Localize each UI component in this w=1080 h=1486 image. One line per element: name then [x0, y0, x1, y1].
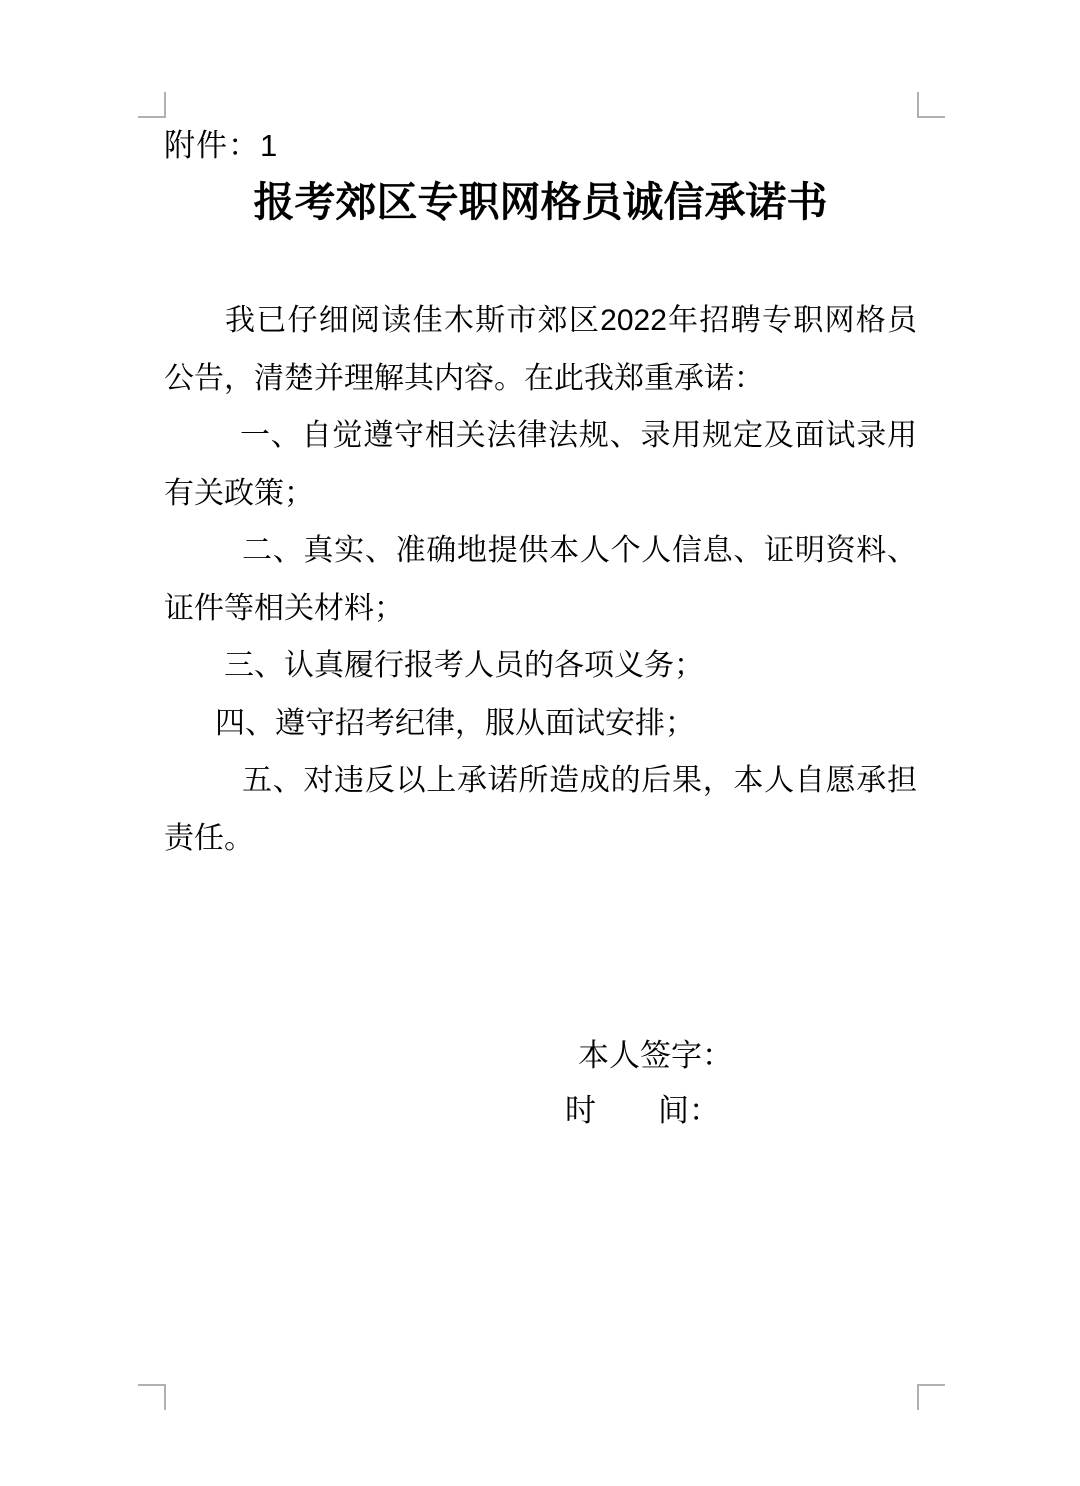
body-line: 我已仔细阅读佳木斯市郊区2022年招聘专职网格员 [225, 292, 917, 350]
text-boundary-mark-top-left [138, 92, 166, 118]
body-line: 四、遵守招考纪律，服从面试安排； [215, 695, 917, 753]
body-line: 公告，清楚并理解其内容。在此我郑重承诺： [164, 350, 917, 408]
body-line: 三、认真履行报考人员的各项义务； [224, 637, 917, 695]
body-line: 有关政策； [164, 465, 917, 523]
body-line: 五、对违反以上承诺所造成的后果，本人自愿承担 [242, 752, 917, 810]
body-line: 责任。 [164, 810, 917, 868]
document-body: 我已仔细阅读佳木斯市郊区2022年招聘专职网格员 公告，清楚并理解其内容。在此我… [164, 292, 917, 867]
body-line: 一、自觉遵守相关法律法规、录用规定及面试录用 [240, 407, 917, 465]
text-boundary-mark-bottom-left [138, 1384, 166, 1410]
signature-label: 本人签字： [578, 1036, 733, 1076]
text-boundary-mark-bottom-right [917, 1384, 945, 1410]
attachment-label: 附件：1 [164, 126, 278, 166]
body-line: 二、真实、准确地提供本人个人信息、证明资料、 [242, 522, 917, 580]
document-page: 附件：1 报考郊区专职网格员诚信承诺书 我已仔细阅读佳木斯市郊区2022年招聘专… [0, 0, 1080, 1486]
document-title: 报考郊区专职网格员诚信承诺书 [164, 176, 917, 228]
body-line: 证件等相关材料； [164, 580, 917, 638]
text-boundary-mark-top-right [917, 92, 945, 118]
date-label: 时 间： [565, 1091, 720, 1131]
